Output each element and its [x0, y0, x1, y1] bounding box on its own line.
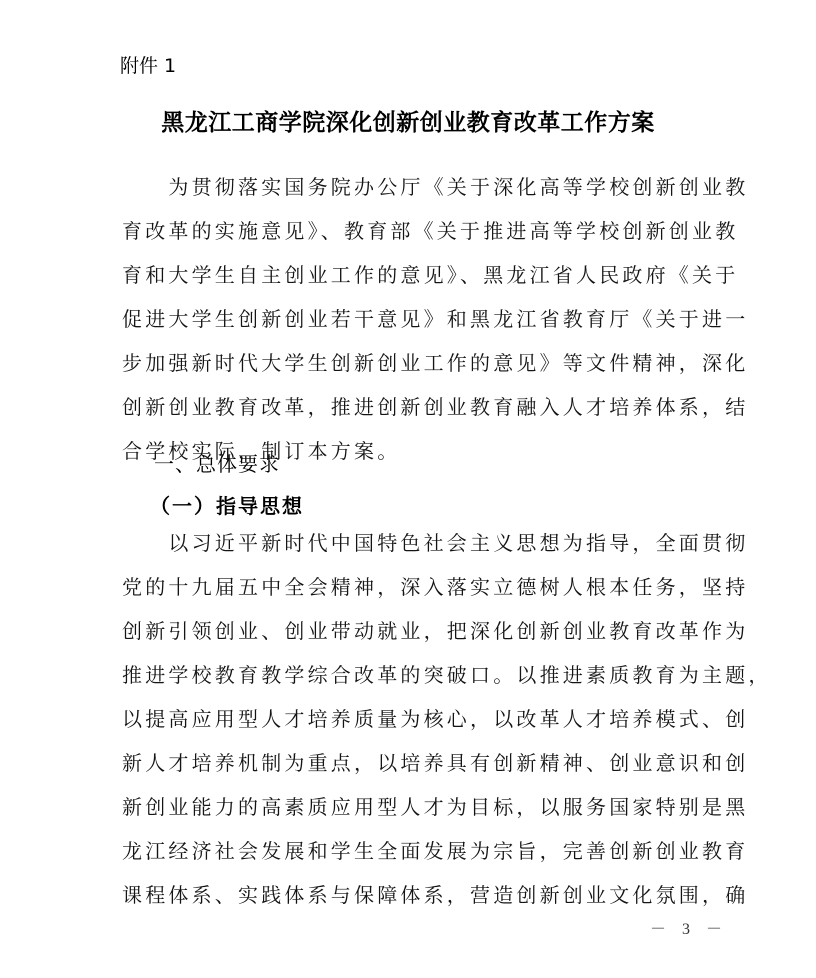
document-title: 黑龙江工商学院深化创新创业教育改革工作方案 — [0, 106, 816, 140]
paragraph-line: 以习近平新时代中国特色社会主义思想为指导，全面贯彻 — [122, 521, 696, 565]
paragraph-line: 新人才培养机制为重点，以培养具有创新精神、创业意识和创 — [122, 741, 696, 785]
paragraph-line: 育和大学生自主创业工作的意见》、黑龙江省人民政府《关于 — [122, 253, 696, 297]
paragraph-line: 推进学校教育教学综合改革的突破口。以推进素质教育为主题， — [122, 653, 696, 697]
intro-paragraph: 为贯彻落实国务院办公厅《关于深化高等学校创新创业教 育改革的实施意见》、教育部《… — [122, 165, 696, 473]
paragraph-line: 促进大学生创新创业若干意见》和黑龙江省教育厅《关于进一 — [122, 297, 696, 341]
paragraph-line: 课程体系、实践体系与保障体系，营造创新创业文化氛围，确 — [122, 873, 696, 917]
document-page: 附件 1 黑龙江工商学院深化创新创业教育改革工作方案 为贯彻落实国务院办公厅《关… — [0, 0, 816, 978]
guiding-paragraph: 以习近平新时代中国特色社会主义思想为指导，全面贯彻 党的十九届五中全会精神，深入… — [122, 521, 696, 917]
paragraph-line: 以提高应用型人才培养质量为核心，以改革人才培养模式、创 — [122, 697, 696, 741]
paragraph-line: 新创业能力的高素质应用型人才为目标，以服务国家特别是黑 — [122, 785, 696, 829]
subsection-heading: （一）指导思想 — [150, 489, 304, 523]
paragraph-line: 党的十九届五中全会精神，深入落实立德树人根本任务，坚持 — [122, 565, 696, 609]
paragraph-line: 育改革的实施意见》、教育部《关于推进高等学校创新创业教 — [122, 209, 696, 253]
paragraph-line: 创新引领创业、创业带动就业，把深化创新创业教育改革作为 — [122, 609, 696, 653]
paragraph-line: 为贯彻落实国务院办公厅《关于深化高等学校创新创业教 — [122, 165, 696, 209]
paragraph-line: 创新创业教育改革，推进创新创业教育融入人才培养体系，结 — [122, 385, 696, 429]
page-number: － 3 － — [650, 916, 728, 939]
attachment-label: 附件 1 — [120, 52, 176, 80]
paragraph-line: 龙江经济社会发展和学生全面发展为宗旨，完善创新创业教育 — [122, 829, 696, 873]
section-heading: 一、总体要求 — [154, 447, 280, 481]
paragraph-line: 步加强新时代大学生创新创业工作的意见》等文件精神，深化 — [122, 341, 696, 385]
